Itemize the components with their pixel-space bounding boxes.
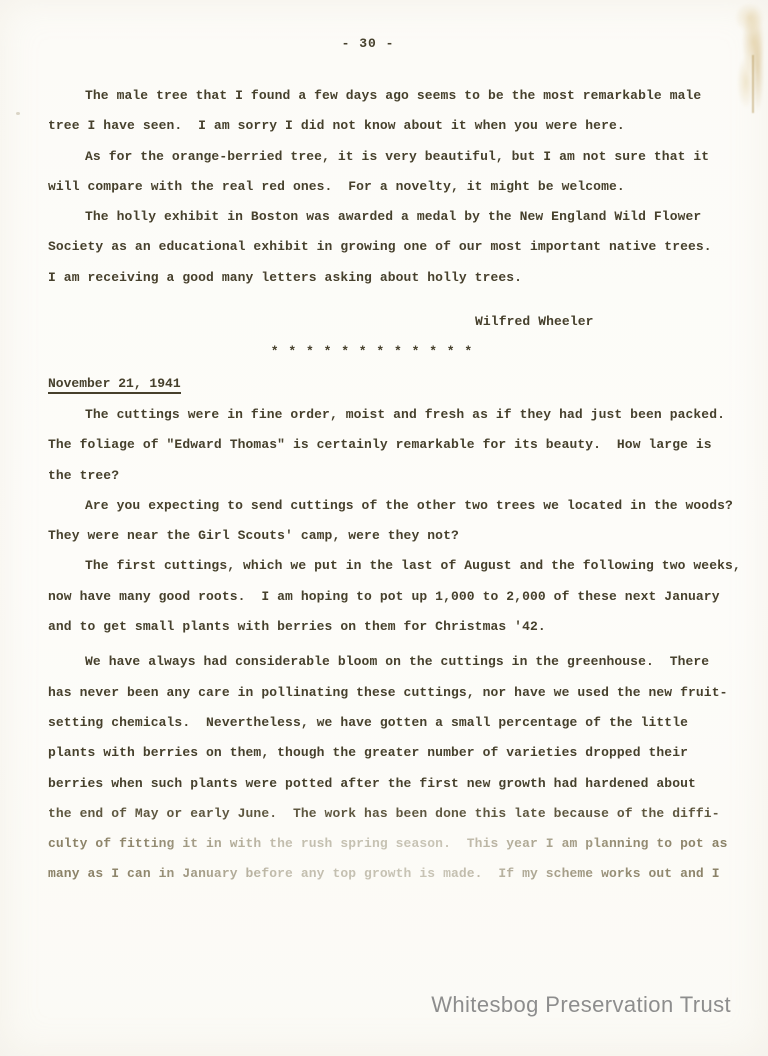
letter-line: The foliage of "Edward Thomas" is certai… [48, 430, 728, 460]
letter-line: the end of May or early June. The work h… [48, 799, 728, 829]
scan-artifact-smudge-line [752, 55, 754, 113]
scan-artifact-smudge [722, 4, 768, 139]
signature: Wilfred Wheeler [48, 307, 728, 337]
letter-line: They were near the Girl Scouts' camp, we… [48, 521, 728, 551]
letter-line-faded: culty of fitting it in with the rush spr… [48, 829, 728, 859]
letter-line: As for the orange-berried tree, it is ve… [48, 142, 728, 172]
date-heading: November 21, 1941 [48, 375, 181, 394]
letter-line: We have always had considerable bloom on… [48, 647, 728, 677]
letter-line: setting chemicals. Nevertheless, we have… [48, 708, 728, 738]
letter-line: tree I have seen. I am sorry I did not k… [48, 111, 728, 141]
letter-line: The first cuttings, which we put in the … [48, 551, 728, 581]
date-heading-row: November 21, 1941 [48, 368, 728, 398]
scan-artifact-paren [0, 84, 13, 120]
letter-line: berries when such plants were potted aft… [48, 769, 728, 799]
page-number: - 30 - [28, 36, 708, 51]
letter-line: Are you expecting to send cuttings of th… [48, 491, 728, 521]
typed-letter-content: - 30 - The male tree that I found a few … [48, 36, 728, 890]
scan-artifact-speck [16, 112, 20, 115]
letter-line: plants with berries on them, though the … [48, 738, 728, 768]
letter-line: I am receiving a good many letters askin… [48, 263, 728, 293]
letter-line-faded: many as I can in January before any top … [48, 859, 728, 889]
scanned-letter-page: - 30 - The male tree that I found a few … [0, 0, 768, 1056]
asterisk-separator: * * * * * * * * * * * * [32, 337, 712, 367]
letter-line: has never been any care in pollinating t… [48, 678, 728, 708]
letter-line: and to get small plants with berries on … [48, 612, 728, 642]
watermark-text: Whitesbog Preservation Trust [431, 992, 731, 1018]
letter-line: The male tree that I found a few days ag… [48, 81, 728, 111]
letter-line: The holly exhibit in Boston was awarded … [48, 202, 728, 232]
letter-line: now have many good roots. I am hoping to… [48, 582, 728, 612]
letter-line: will compare with the real red ones. For… [48, 172, 728, 202]
scan-artifact-paren [0, 858, 12, 894]
letter-line: Society as an educational exhibit in gro… [48, 232, 728, 262]
letter-line: the tree? [48, 461, 728, 491]
letter-line: The cuttings were in fine order, moist a… [48, 400, 728, 430]
letter-body-nov14: The male tree that I found a few days ag… [48, 81, 728, 890]
